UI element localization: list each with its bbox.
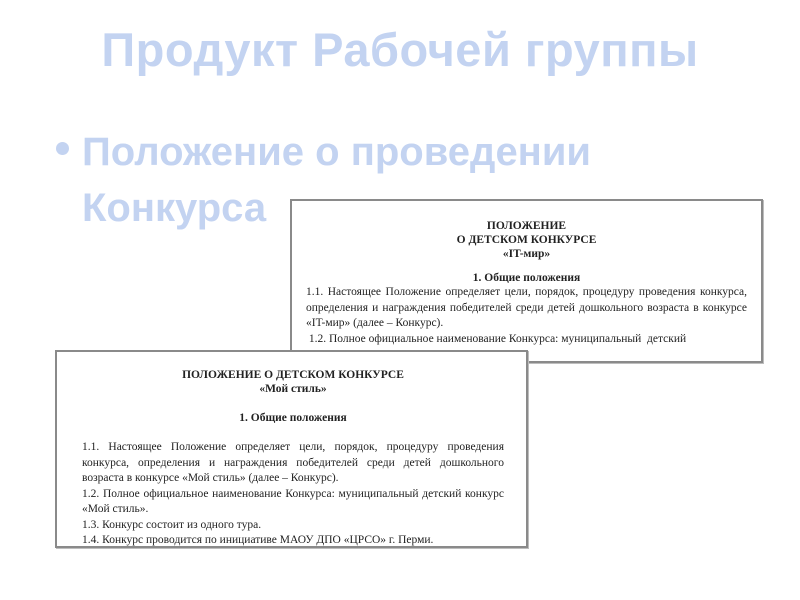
document-section-title: 1. Общие положения [306,271,747,285]
document-paragraph: 1.3. Конкурс состоит из одного тура. [82,518,504,534]
document-section-title: 1. Общие положения [82,411,504,425]
document-paragraph: 1.2. Полное официальное наименование Кон… [82,487,504,518]
document-heading-line: ПОЛОЖЕНИЕ [306,219,747,233]
document-paragraph: 1.1. Настоящее Положение определяет цели… [306,285,747,332]
document-moi-stil: ПОЛОЖЕНИЕ О ДЕТСКОМ КОНКУРСЕ «Мой стиль»… [55,350,528,548]
document-paragraph: 1.1. Настоящее Положение определяет цели… [82,440,504,487]
document-heading-line: ПОЛОЖЕНИЕ О ДЕТСКОМ КОНКУРСЕ [82,368,504,382]
document-it-mir: ПОЛОЖЕНИЕ О ДЕТСКОМ КОНКУРСЕ «IT-мир» 1.… [290,199,763,363]
document-paragraph: 1.2. Полное официальное наименование Кон… [306,332,747,348]
bullet-dot-icon [56,142,69,155]
slide-title: Продукт Рабочей группы [0,22,800,78]
document-paragraph: 1.4. Конкурс проводится по инициативе МА… [82,533,504,548]
document-heading-line: «IT-мир» [306,247,747,261]
document-heading-line: «Мой стиль» [82,382,504,396]
document-heading-line: О ДЕТСКОМ КОНКУРСЕ [306,233,747,247]
